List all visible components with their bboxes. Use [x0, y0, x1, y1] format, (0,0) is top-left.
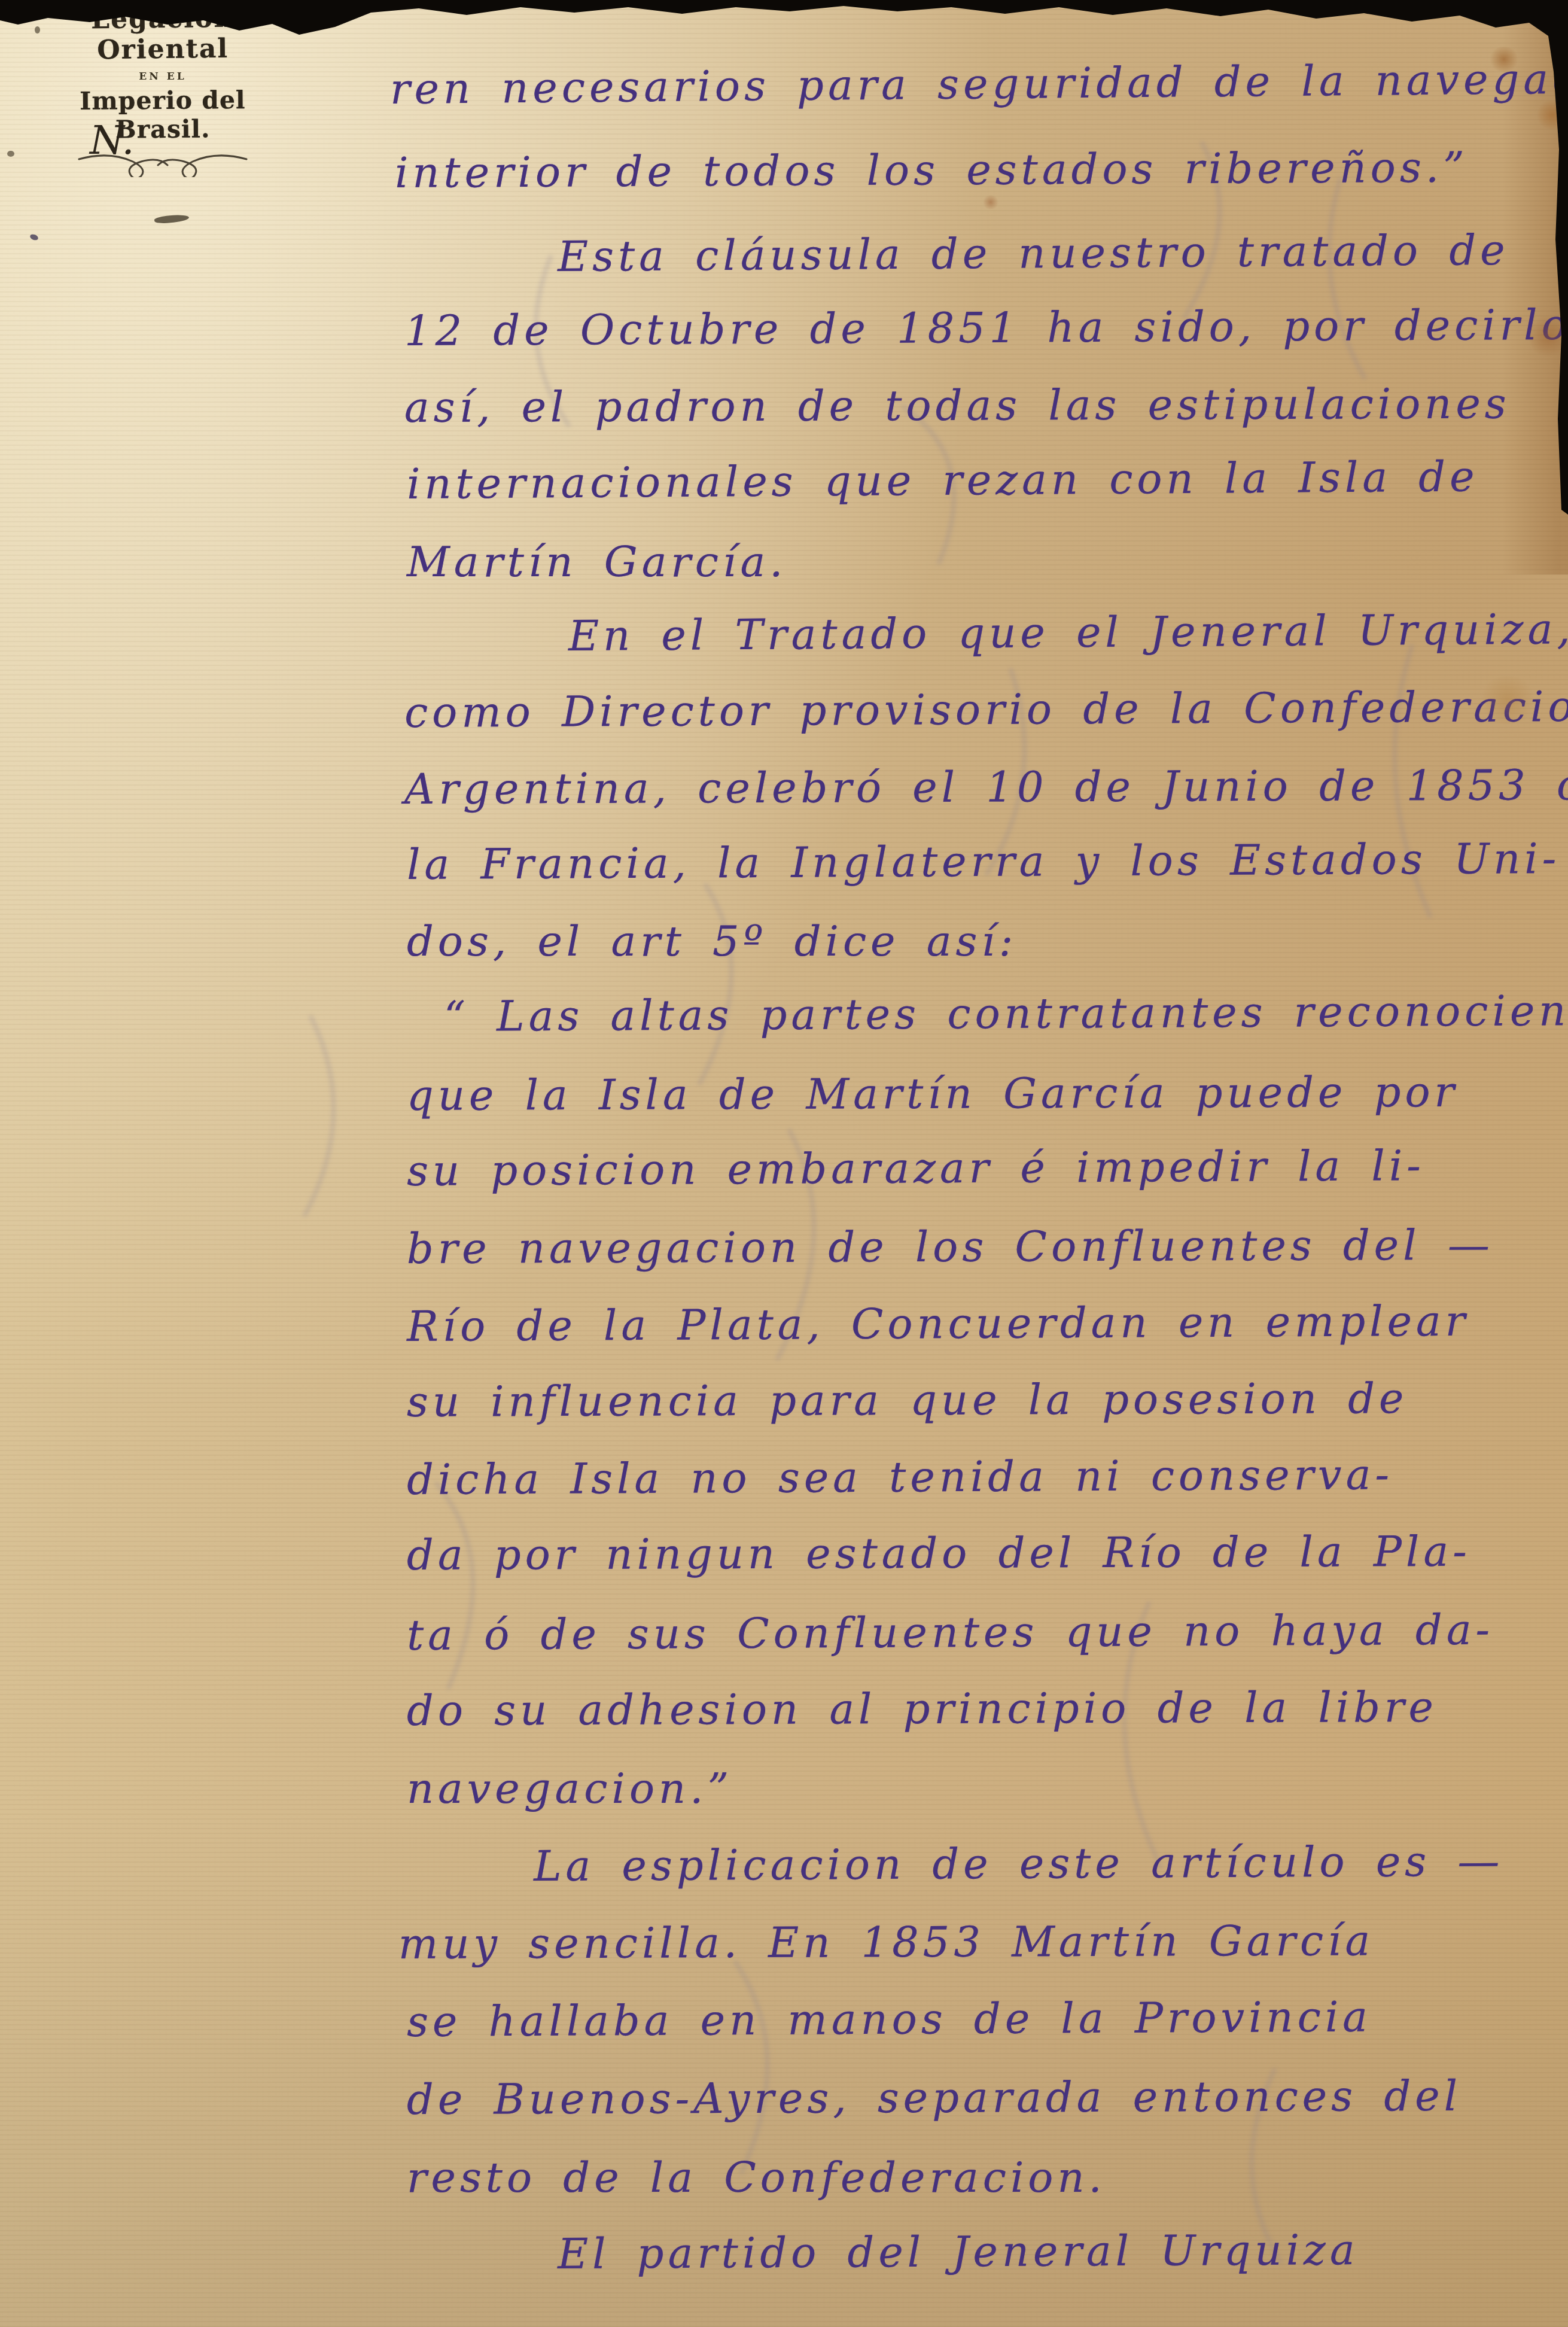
- manuscript-line: Esta cláusula de nuestro tratado de: [558, 226, 1509, 281]
- manuscript-line: dos, el art 5º dice así:: [407, 917, 1017, 966]
- manuscript-line: Río de la Plata, Concuerdan en emplear: [407, 1297, 1470, 1351]
- manuscript-line: que la Isla de Martín García puede por: [407, 1067, 1459, 1120]
- manuscript-line: dicha Isla no sea tenida ni conserva-: [407, 1450, 1393, 1504]
- scanned-manuscript-page: { "letterhead": { "line1": "Legacion Ori…: [0, 0, 1568, 2327]
- manuscript-line: de Buenos-Ayres, separada entonces del: [407, 2072, 1462, 2124]
- manuscript-line: da por ningun estado del Río de la Pla-: [407, 1527, 1471, 1580]
- letterhead-flourish-ornament: [31, 146, 294, 180]
- manuscript-line: navegacion.”: [407, 1764, 733, 1813]
- manuscript-line: su posicion embarazar é impedir la li-: [407, 1141, 1425, 1196]
- letterhead-imperio-brasil: Imperio del Brasil.: [31, 85, 295, 144]
- manuscript-line: su influencia para que la posesion de: [407, 1374, 1408, 1426]
- manuscript-line: Martín García.: [407, 537, 787, 586]
- manuscript-line: se hallaba en manos de la Provincia: [407, 1993, 1372, 2046]
- manuscript-line: la Francia, la Inglaterra y los Estados …: [407, 834, 1561, 889]
- manuscript-line: bre navegacion de los Confluentes del —: [407, 1221, 1494, 1273]
- manuscript-line: “ Las altas partes contratantes reconoci…: [444, 986, 1568, 1041]
- manuscript-line: internacionales que rezan con la Isla de: [407, 452, 1479, 509]
- manuscript-line: muy sencilla. En 1853 Martín García: [398, 1916, 1375, 1969]
- letterhead-number-label: N.: [90, 117, 135, 163]
- manuscript-line: ren necesarios para seguridad de la nave…: [390, 54, 1568, 114]
- manuscript-line: El partido del Jeneral Urquiza: [558, 2225, 1359, 2279]
- letterhead-en-el: EN EL: [31, 71, 294, 83]
- manuscript-line: En el Tratado que el Jeneral Urquiza,: [568, 604, 1568, 661]
- manuscript-line: resto de la Confederacion.: [407, 2153, 1106, 2202]
- manuscript-line: Argentina, celebró el 10 de Junio de 185…: [404, 761, 1568, 814]
- manuscript-line: interior de todos los estados ribereños.…: [395, 143, 1469, 197]
- letterhead: Legacion Oriental EN EL Imperio del Bras…: [31, 4, 294, 180]
- manuscript-line: La esplicacion de este artículo es —: [534, 1837, 1504, 1891]
- manuscript-line: así, el padron de todas las estipulacion…: [404, 379, 1511, 432]
- letterhead-org-name: Legacion Oriental: [31, 2, 294, 66]
- manuscript-line: como Director provisorio de la Confedera…: [404, 682, 1568, 737]
- manuscript-line: do su adhesion al principio de la libre: [407, 1683, 1438, 1735]
- manuscript-line: ta ó de sus Confluentes que no haya da-: [407, 1605, 1494, 1660]
- manuscript-line: 12 de Octubre de 1851 ha sido, por decir…: [404, 300, 1568, 355]
